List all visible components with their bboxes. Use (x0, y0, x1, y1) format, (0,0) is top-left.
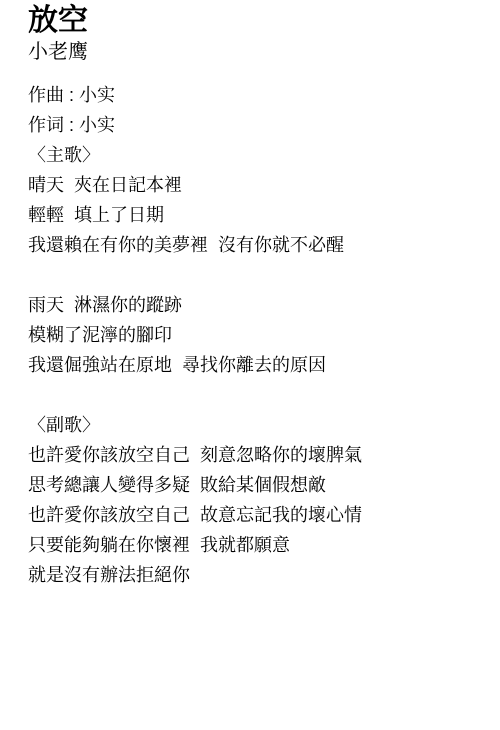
lyric-line: 我還賴在有你的美夢裡 沒有你就不必醒 (28, 230, 480, 260)
lyric-line: 也許愛你該放空自己 故意忘記我的壞心情 (28, 500, 480, 530)
lyric-line: 晴天 夾在日記本裡 (28, 170, 480, 200)
lyric-line: 我還倔強站在原地 尋找你離去的原因 (28, 350, 480, 380)
lyric-line: 模糊了泥濘的腳印 (28, 320, 480, 350)
lyric-line: 也許愛你該放空自己 刻意忽略你的壞脾氣 (28, 440, 480, 470)
lyric-line: 輕輕 填上了日期 (28, 200, 480, 230)
lyrics-block: 作曲 : 小实作词 : 小实〈主歌〉晴天 夾在日記本裡輕輕 填上了日期我還賴在有… (28, 80, 480, 590)
lyric-line: 作词 : 小实 (28, 110, 480, 140)
lyric-line: 思考總讓人變得多疑 敗給某個假想敵 (28, 470, 480, 500)
song-title: 放空 (28, 2, 480, 40)
artist-name: 小老鹰 (28, 40, 480, 64)
lyrics-page: 放空 小老鹰 作曲 : 小实作词 : 小实〈主歌〉晴天 夾在日記本裡輕輕 填上了… (0, 0, 500, 730)
lyric-line: 就是沒有辦法拒絕你 (28, 560, 480, 590)
lyric-line: 〈副歌〉 (28, 410, 480, 440)
lyric-line: 雨天 淋濕你的蹤跡 (28, 290, 480, 320)
lyric-blank-line (28, 380, 480, 410)
lyric-blank-line (28, 260, 480, 290)
lyric-line: 作曲 : 小实 (28, 80, 480, 110)
lyric-line: 〈主歌〉 (28, 140, 480, 170)
lyric-line: 只要能夠躺在你懷裡 我就都願意 (28, 530, 480, 560)
